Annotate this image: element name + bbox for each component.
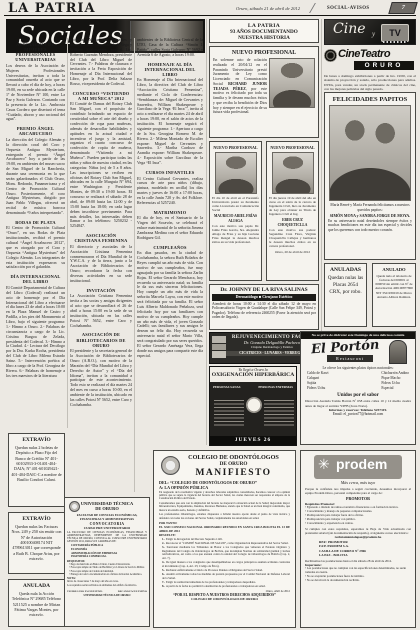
porton-logo-sub: Restaurant [327,355,373,362]
ad-column-right: PERSONAS ENFERMAS [258,385,293,389]
ad-title: Dr. JOHNNY DE LA RIVA SALINAS [212,287,316,293]
honoree-name: MAURICIO ARIEL FRÍAS ALIAGA [212,214,259,223]
nuevo-profesional-box-1: NUEVO PROFESIONAL En solemne acto de col… [209,46,319,138]
uto-signature-2: DECANO FACULTATIVO [118,590,147,593]
ad-date: Oruro, 20 de abril de 2012 [269,250,316,254]
menu-list-left: Caldo de Kawi Calapari Sajtita Fideos Uc… [307,371,329,392]
prodem-wordmark: prodem [336,456,387,472]
honoree-name: EBER CRUZ CHOQUETICLLA [269,218,316,227]
uto-signature-1: VICEDECANO FACULTATIVO [67,590,102,593]
notice-title: ANULADO [375,267,413,272]
cine-tv-logo: Cine y TV [324,19,416,45]
extravio-box-2: EXTRAVÍO Quedan nulas las Facturas Nros.… [8,512,65,574]
section-heading: ASOCIACIÓN DE BIBLIOTECARIOS DE ORURO [72,332,130,347]
manifiesto-box: COLEGIO DE ODONTÓLOGOS DE ORURO MANIFIES… [153,450,296,628]
uto-req: Entrega de toda la documentación en ofic… [69,573,147,576]
uto-curso: CURSO PRE UNIVERSITARIO [67,526,147,530]
ad-title: NUEVO PROFESIONAL [269,145,316,150]
section-heading: CONCURSO “VISTIENDO A MI MUÑECA” 2012 [72,91,130,101]
notice-body: Quedan nulas las Placas 2654 CRX, por ro… [327,275,364,296]
teatro-note: De lunes a domingo exhibiciones a partir… [324,74,416,92]
oxygen-chamber-logo-icon [246,397,262,413]
ad-column-left: PERSONAS SANAS [213,385,240,389]
notice-title: EXTRAVÍO [11,437,62,443]
header-divider [309,3,326,13]
uto-intro: LA FACULTAD DE CIENCIAS ECONÓMICAS, FINA… [67,531,147,544]
job-title: PROMOTOR [305,496,411,501]
anulada-box: ANULADA Queda nula la Acción Telefónica … [8,579,65,627]
ad-title: NUEVO PROFESIONAL [212,145,259,150]
hyperbaric-ad: Ya llegó a Oruro la OXIGENACIÓN HIPERBÁR… [209,366,297,446]
manifiesto-firma: COLEGIO DE ODONTÓLOGOS DE ORURO [159,597,290,601]
note-item: No se devolverá la documentación recibid… [305,579,411,583]
portrait-photo [269,58,315,108]
manifiesto-title: MANIFIESTO [177,468,290,478]
sunburst-icon [324,49,337,62]
ad-body: Atenderá de horas 10:00 a 14:30 el día s… [212,302,316,320]
section-body: El Comité de Damas del Rotary Club San M… [70,102,132,229]
notice-title: ANULADA [11,583,62,589]
column-divider [206,19,207,445]
column-divider [67,38,68,428]
section-body: El Centro Cultural Cervantes, realiza cu… [137,177,203,206]
ad-body: En su aniversario natal deseándoles siem… [328,219,412,233]
ad-email: reclutamientolapaz@prodem.bo [305,535,411,539]
resolution-item: A partir de la fecha no permitir la dest… [162,585,290,589]
teatro-wordmark: CineTeatro [338,48,390,60]
teatro-city: ORURO [354,61,414,70]
university-seal-icon [69,501,80,512]
org-name: COLEGIO DE ODONTÓLOGOS [177,454,290,461]
manifiesto-a: A: LA OPINIÓN PÚBLICA [159,485,290,490]
section-heading: CURSOS INFANTILES [139,170,201,175]
sociales-column-2: universal, Miguel de Cervantes y Saavedr… [70,38,132,492]
anulado-box: ANULADO Queda nulo el talonario de factu… [372,263,416,327]
ad-fine-print [214,400,244,426]
uto-footer: UNIVERSIDAD TÉCNICA DE ORURO [67,594,147,597]
anuladas-box: ANULADAS Quedan nulas las Placas 2654 CR… [324,263,367,327]
sociales-column-3: ambientes de la Biblioteca Central de la… [137,38,203,446]
y-wordmark: y [372,30,375,38]
ad-body: Con este motivo sus papás Dr. Jaime Fría… [212,224,259,244]
extravio-box-1: EXTRAVÍO Quedan nulas 2 boletas de Depós… [8,433,65,507]
anniversary-line: NUESTRA HISTORIA [210,35,318,41]
ad-body: Con este motivo sus padres: Segundino Cr… [269,228,316,248]
ref-line: LA PAZ - BOLIVIA [319,553,411,557]
section-body: ambientes de la Biblioteca Central de la… [137,38,203,58]
section-heading: CUMPLEAÑOS [139,245,201,250]
ad-title: OXIGENACIÓN HIPERBÁRICA [210,372,296,378]
dateline: Oruro, sábado 21 de abril de 2012 [236,6,300,11]
masthead: LA PATRIA [8,1,96,16]
ad-body: María Reneé y María Fernanda felicitamos… [328,203,412,212]
newspaper-page: LA PATRIA Oruro, sábado 21 de abril de 2… [0,0,420,630]
section-body: universal, Miguel de Cervantes y Saavedr… [70,38,132,87]
section-body: El Comité Departamental de Cultura del L… [6,286,65,379]
ad-subtitle-bar: Dermatólogo ■ Cirujano Estético [212,294,316,301]
nuevo-profesional-box-3: NUEVO PROFESIONAL El día jueves 19 de ab… [266,141,319,281]
portrait-photo [272,152,314,194]
section-heading: DÍA INTERNACIONAL DEL LIBRO [8,274,63,284]
prodem-tagline: Más cerca, más tuyo [305,480,411,485]
notice-body: Queda nula la Acción Telefónica Nº 29685… [11,591,62,618]
section-body: La Asociación Cristiana Femenina invita … [70,294,132,328]
section-body: El presidente y la secretaria general de… [70,349,132,408]
section-body: En Homenaje al Día Internacional del Lib… [137,78,203,166]
section-heading: INVITACIÓN [72,288,130,293]
ad-title: FELICIDADES PAPITOS [328,96,412,103]
section-heading: BODAS DE PLATA [8,220,63,225]
teatro-logo: CineTeatro ORURO [324,48,416,72]
consejo-line: EL XXII CONSEJO NACIONAL ORDINARIO REUNI… [159,525,290,533]
section-body: El día de hoy, en el Santuario de la Vir… [137,216,203,240]
notice-body: Quedan nulas las Facturas Nros. 249 y 25… [11,524,62,561]
header-rule [4,15,416,16]
section-body: Los deseos de la Asociación de Mujeres P… [6,64,65,123]
ad-title: NUEVO PROFESIONAL [213,50,315,56]
page-number: 7 [388,2,417,14]
ad-address: Dirección Avenida Tomás Barrón Nº 658 en… [301,398,415,408]
section-heading: ASOCIACIÓN DE MUJERES PROFESIONALES UNIV… [8,42,63,62]
ad-deadline: Recibiremos las postulaciones hasta el d… [305,559,411,563]
section-body: El Centro de Promoción Cultural “Oruro”,… [6,226,65,270]
sociales-column-1: ASOCIACIÓN DE MUJERES PROFESIONALES UNIV… [6,38,65,428]
uto-faculty: FACULTAD DE CIENCIAS ECONÓMICAS, FINANCI… [67,513,147,521]
uto-carrera: INGENIERÍA COMERCIAL [71,555,147,559]
column-divider [134,38,135,492]
ad-body: , por este motivo es felicitado por toda… [213,87,267,115]
notice-body: Quedan nulas 2 boletas de Depósito a Pla… [11,445,62,482]
org-name-2: DE ORURO [177,461,290,467]
ad-day: JUEVES 26 [210,436,296,445]
felicidades-box: FELICIDADES PAPITOS María Reneé y María … [324,92,416,260]
ad-email: Email: el_porton77@hotmail.com [301,412,415,416]
section-heading: HOMENAJE AL DÍA INTERNACIONAL DEL LIBRO [139,62,201,77]
menu-item: Especial [381,386,409,391]
menu-item: Caldo de Kawi [307,371,329,376]
ad-body: Si cumples con estos requisitos, esperam… [305,527,411,535]
tv-dots [383,41,407,43]
dermatologist-ad: Dr. JOHNNY DE LA RIVA SALINAS Dermatólog… [209,284,319,330]
section-label: SOCIAL-AVISOS [327,6,369,11]
manifiesto-paragraph: Los profesionales Odontólogos, estamos d… [159,513,290,520]
couple-photo [329,105,411,201]
ad-body: El día jueves 19 de abril del año en cur… [269,196,316,216]
prodem-ad: ✳ prodem Más cerca, más tuyo Porque tu c… [300,450,416,628]
section-body: El directorio y asociadas de la Asociaci… [70,245,132,284]
section-heading: ASOCIACIÓN CRISTIANA FEMENINA [72,233,130,243]
tv-icon: TV [381,24,409,42]
portrait-photo [215,152,257,194]
menu-list-right: Chicharrón Andino Pique Macho Fideos Uch… [381,371,409,392]
door-icon [389,340,407,364]
section-body: La dirección del Colegio Alemán y la dir… [6,138,65,216]
uto-notice: UNIVERSIDAD TÉCNICA DE ORURO FACULTAD DE… [64,497,150,627]
notice-body: Queda nulo el talonario de facturas del … [375,274,413,300]
section-heading: MATRIMONIO [139,210,201,215]
prodem-pinwheel-icon: ✳ [318,457,330,474]
manifiesto-paragraph: En resguardo de la normativa vigente y d… [159,491,290,501]
section-heading: PREMIO ÁNGEL ARCABUCERO [8,126,63,136]
menu-item: Fideos Uchu [307,386,329,391]
section-body: En días pasados, en la ciudad de Cochaba… [137,251,203,358]
uto-nota-line: Los requisitos serán recibidos en ambien… [67,584,147,587]
req-item: Conocimiento y experiencia en ventas. [305,522,411,526]
anniversary-box: LA PATRIA 93 AÑOS DOCUMENTANDO NUESTRA H… [209,19,319,43]
ad-intro: Porque tu confianza nos impulsa a seguir… [305,487,411,495]
menu-item: Chicharrón Andino [381,371,409,376]
cine-wordmark: Cine [333,21,366,37]
porton-ad: No se prive de disfrutar este Domingo de… [300,331,416,445]
manifiesto-paragraph: Consideramos que esta con la ampliación … [159,502,290,512]
before-after-photos [212,336,226,358]
prodem-logo: ✳ prodem [314,455,402,479]
odontologos-seal-icon [161,456,180,475]
ad-body: El día 10 de abril en el Paraninfo Unive… [212,196,259,212]
notice-title: ANULADAS [327,267,364,273]
resolution-item: Sancionar mediante los Tribunales de Hon… [162,546,290,561]
ad-fine-print [264,400,294,426]
nuevo-profesional-box-2: NUEVO PROFESIONAL El día 10 de abril en … [209,141,262,281]
notice-title: EXTRAVÍO [11,516,62,522]
